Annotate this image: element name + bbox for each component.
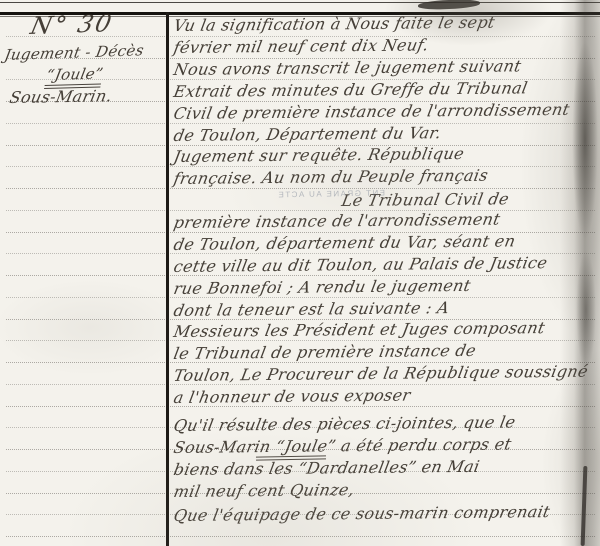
manuscript-line: le Tribunal de première instance de — [172, 341, 478, 364]
register-page-scan: N° 30 Jugement - Décès “Joule” Sous-Mari… — [0, 0, 600, 546]
manuscript-line: Que l'équipage de ce sous-marin comprena… — [172, 502, 552, 526]
manuscript-line: Qu'il résulte des pièces ci-jointes, que… — [172, 412, 517, 436]
column-divider-line — [166, 12, 169, 546]
manuscript-line: de Toulon, département du Var, séant en — [172, 231, 517, 255]
margin-title-jugement-deces: Jugement - Décès — [3, 41, 145, 64]
manuscript-line: Extrait des minutes du Greffe du Tribuna… — [172, 78, 529, 102]
manuscript-line: de Toulon, Département du Var. — [172, 123, 443, 146]
manuscript-line: Sous-Marin “Joule” a été perdu corps et — [172, 434, 513, 458]
manuscript-line: dont la teneur est la suivante : A — [172, 298, 451, 321]
margin-vessel-name: “Joule” — [44, 65, 105, 89]
ink-smudge — [418, 0, 480, 10]
manuscript-line: première instance de l'arrondissement — [172, 210, 502, 233]
gutter-dark-patch — [572, 40, 598, 240]
top-rule-thin — [0, 2, 600, 3]
margin-vessel-type: Sous-Marin. — [8, 86, 114, 107]
manuscript-line: Toulon, Le Procureur de la République so… — [172, 362, 590, 386]
manuscript-line: a l'honneur de vous exposer — [172, 386, 412, 408]
manuscript-line: mil neuf cent Quinze, — [172, 480, 356, 502]
manuscript-line: février mil neuf cent dix Neuf. — [172, 35, 430, 58]
manuscript-line: Messieurs les Président et Juges composa… — [172, 318, 547, 342]
manuscript-line: Civil de première instance de l'arrondis… — [172, 100, 571, 124]
act-number: N° 30 — [28, 9, 116, 40]
gutter-dark-patch — [576, 250, 596, 370]
manuscript-line: Nous avons transcrit le jugement suivant — [172, 56, 523, 80]
ruled-line — [6, 536, 595, 537]
manuscript-line: cette ville au dit Toulon, au Palais de … — [172, 253, 549, 277]
manuscript-line: Vu la signification à Nous faite le sept — [172, 13, 497, 36]
manuscript-line: Jugement sur requête. République — [172, 144, 466, 167]
manuscript-line: française. Au nom du Peuple français — [172, 166, 490, 189]
manuscript-line: biens dans les “Dardanelles” en Mai — [172, 457, 481, 480]
manuscript-line: rue Bonnefoi ; A rendu le jugement — [172, 276, 472, 299]
